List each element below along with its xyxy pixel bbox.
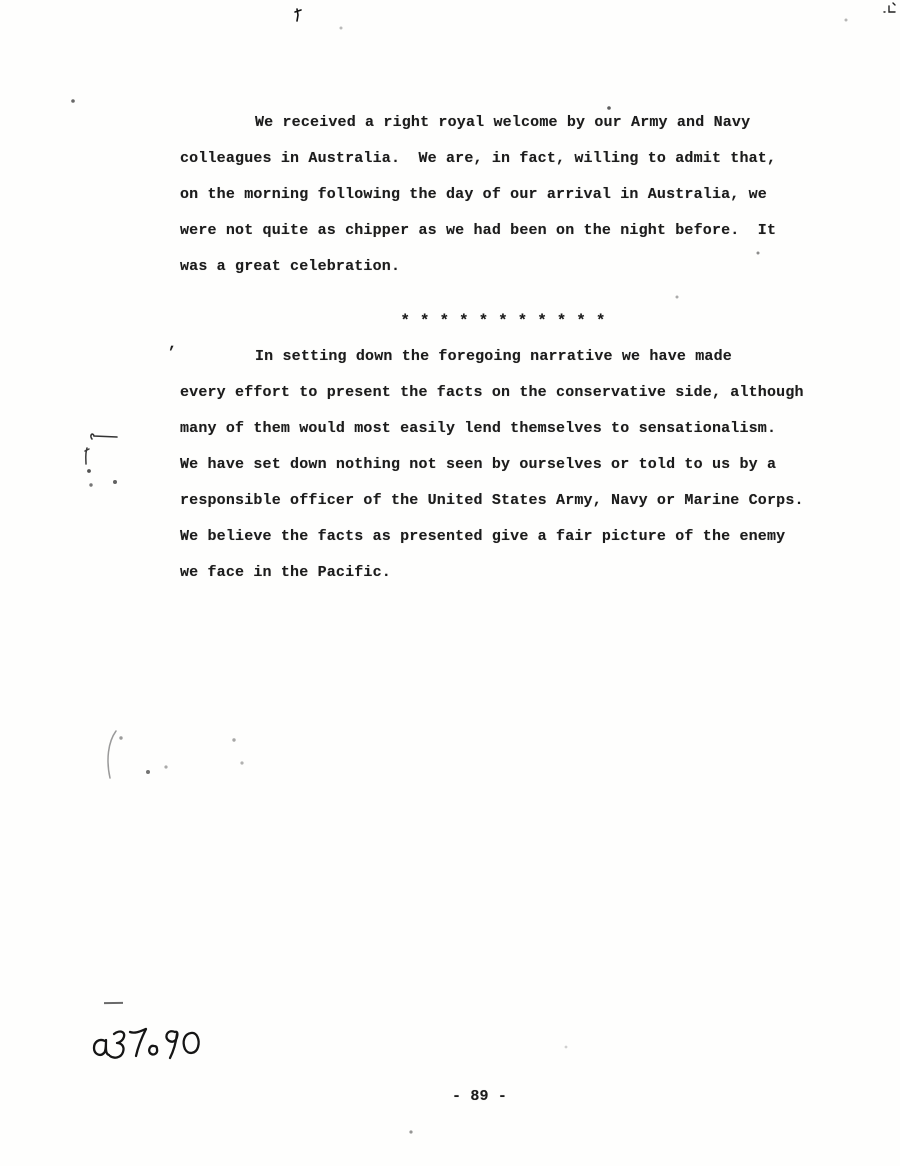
text-line: every effort to present the facts on the… bbox=[180, 375, 860, 411]
scanned-page: We received a right royal welcome by our… bbox=[0, 0, 900, 1166]
text-line: In setting down the foregoing narrative … bbox=[180, 339, 860, 375]
handwritten-id bbox=[90, 1024, 208, 1064]
text-line: we face in the Pacific. bbox=[180, 555, 860, 591]
pencil-tick bbox=[83, 446, 91, 466]
faint-curve-mark bbox=[84, 728, 132, 786]
paragraph-welcome: We received a right royal welcome by our… bbox=[180, 105, 860, 285]
text-line: We received a right royal welcome by our… bbox=[180, 105, 860, 141]
asterisk-separator: * * * * * * * * * * * bbox=[180, 303, 826, 339]
scan-mark-top-center bbox=[293, 6, 305, 24]
page-number: - 89 - bbox=[452, 1086, 507, 1108]
text-line: were not quite as chipper as we had been… bbox=[180, 213, 860, 249]
scan-mark-top-right bbox=[874, 1, 900, 15]
pencil-dash-curl bbox=[86, 430, 120, 444]
faint-dash-mark bbox=[104, 1002, 123, 1004]
text-line: We have set down nothing not seen by our… bbox=[180, 447, 860, 483]
stray-comma-mark: , bbox=[168, 336, 177, 353]
paragraph-closing: In setting down the foregoing narrative … bbox=[180, 339, 860, 591]
text-line: responsible officer of the United States… bbox=[180, 483, 860, 519]
scan-speckles bbox=[0, 0, 2, 2]
text-line: colleagues in Australia. We are, in fact… bbox=[180, 141, 860, 177]
text-line: We believe the facts as presented give a… bbox=[180, 519, 860, 555]
text-line: on the morning following the day of our … bbox=[180, 177, 860, 213]
text-line: many of them would most easily lend them… bbox=[180, 411, 860, 447]
text-line: was a great celebration. bbox=[180, 249, 860, 285]
